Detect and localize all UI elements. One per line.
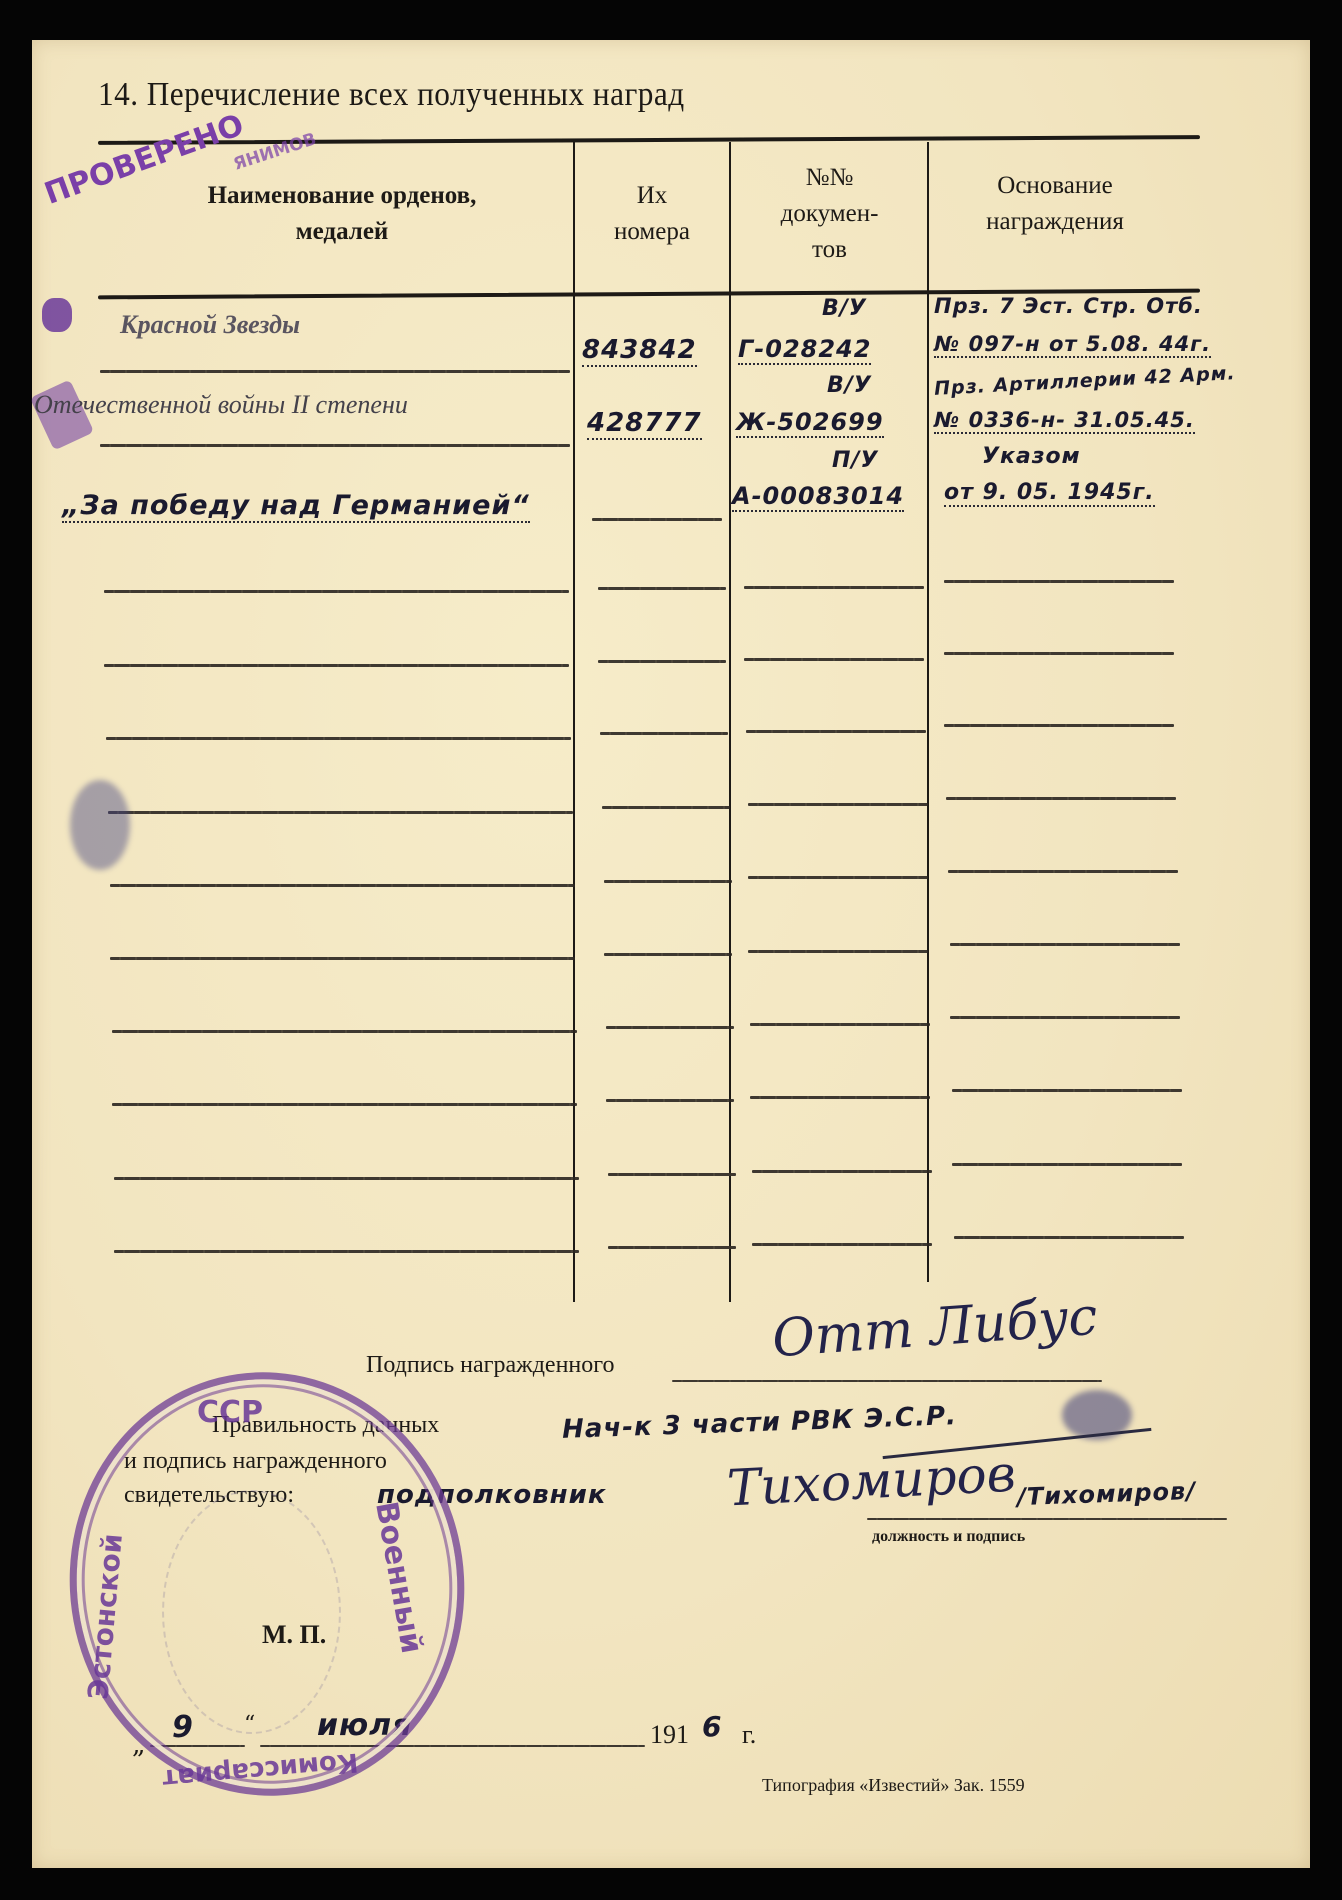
date-year-unit: г.: [742, 1720, 756, 1750]
column-divider-1: [573, 142, 575, 1302]
printer-imprint: Типография «Известий» Зак. 1559: [762, 1775, 1025, 1796]
position-caption: должность и подпись: [872, 1528, 1025, 1546]
basis-2-line2: № 0336-н- 31.05.45.: [934, 408, 1195, 434]
seal-text-top: ССР: [197, 1395, 263, 1430]
column-divider-3: [927, 142, 929, 1282]
award-name-1: Красной Звезды: [120, 310, 300, 340]
official-signature: Тихомиров: [726, 1444, 1017, 1517]
basis-3-line2: от 9. 05. 1945г.: [944, 480, 1155, 507]
basis-3-line1: Указом: [982, 444, 1081, 469]
official-signature-line: [867, 1518, 1227, 1520]
row-rule: [100, 370, 570, 373]
doc-number-3: А-00083014: [732, 482, 904, 512]
header-award-name: Наименование орденов, медалей: [122, 178, 562, 250]
date-year-hand: 6: [702, 1710, 722, 1743]
doc-number-1: Г-028242: [738, 335, 871, 365]
official-name: /Тихомиров/: [1017, 1477, 1197, 1511]
date-year-printed: 191: [650, 1720, 689, 1750]
award-name-2: Отечественной войны II степени: [34, 390, 408, 420]
row-rule: [100, 444, 570, 447]
award-name-3: „За победу над Германией“: [62, 490, 530, 523]
header-award-number: Их номера: [577, 178, 727, 250]
doc-prefix-1: В/У: [822, 296, 867, 321]
award-record-page: 14. Перечисление всех полученных наград …: [32, 40, 1310, 1868]
seal-emblem: [162, 1490, 341, 1734]
table-top-rule: [98, 135, 1200, 145]
section-title: 14. Перечисление всех полученных наград: [98, 76, 685, 114]
ink-smudge: [70, 780, 130, 870]
award-number-3-blank: [592, 518, 722, 521]
doc-number-2: Ж-502699: [736, 408, 884, 438]
header-award-basis: Основание награждения: [930, 168, 1180, 240]
award-number-1: 843842: [582, 335, 697, 367]
basis-1-line1: Прз. 7 Эст. Стр. Отб.: [934, 294, 1203, 318]
awardee-signature: Отт Либус: [770, 1287, 1099, 1370]
violet-flower-mark: [42, 298, 72, 332]
header-document-number: №№ докумен- тов: [732, 160, 927, 268]
awardee-signature-label: Подпись награжденного: [366, 1352, 615, 1379]
basis-1-line2: № 097-н от 5.08. 44г.: [934, 332, 1211, 358]
column-divider-2: [729, 142, 731, 1302]
award-number-2: 428777: [587, 408, 702, 440]
basis-2-line1: Прз. Артиллерии 42 Арм.: [934, 362, 1236, 400]
official-position-line1: Нач-к 3 части РВК Э.С.Р.: [562, 1401, 958, 1445]
doc-prefix-3: П/У: [832, 448, 878, 473]
awardee-signature-line: [672, 1380, 1102, 1382]
doc-prefix-2: В/У: [827, 373, 872, 398]
